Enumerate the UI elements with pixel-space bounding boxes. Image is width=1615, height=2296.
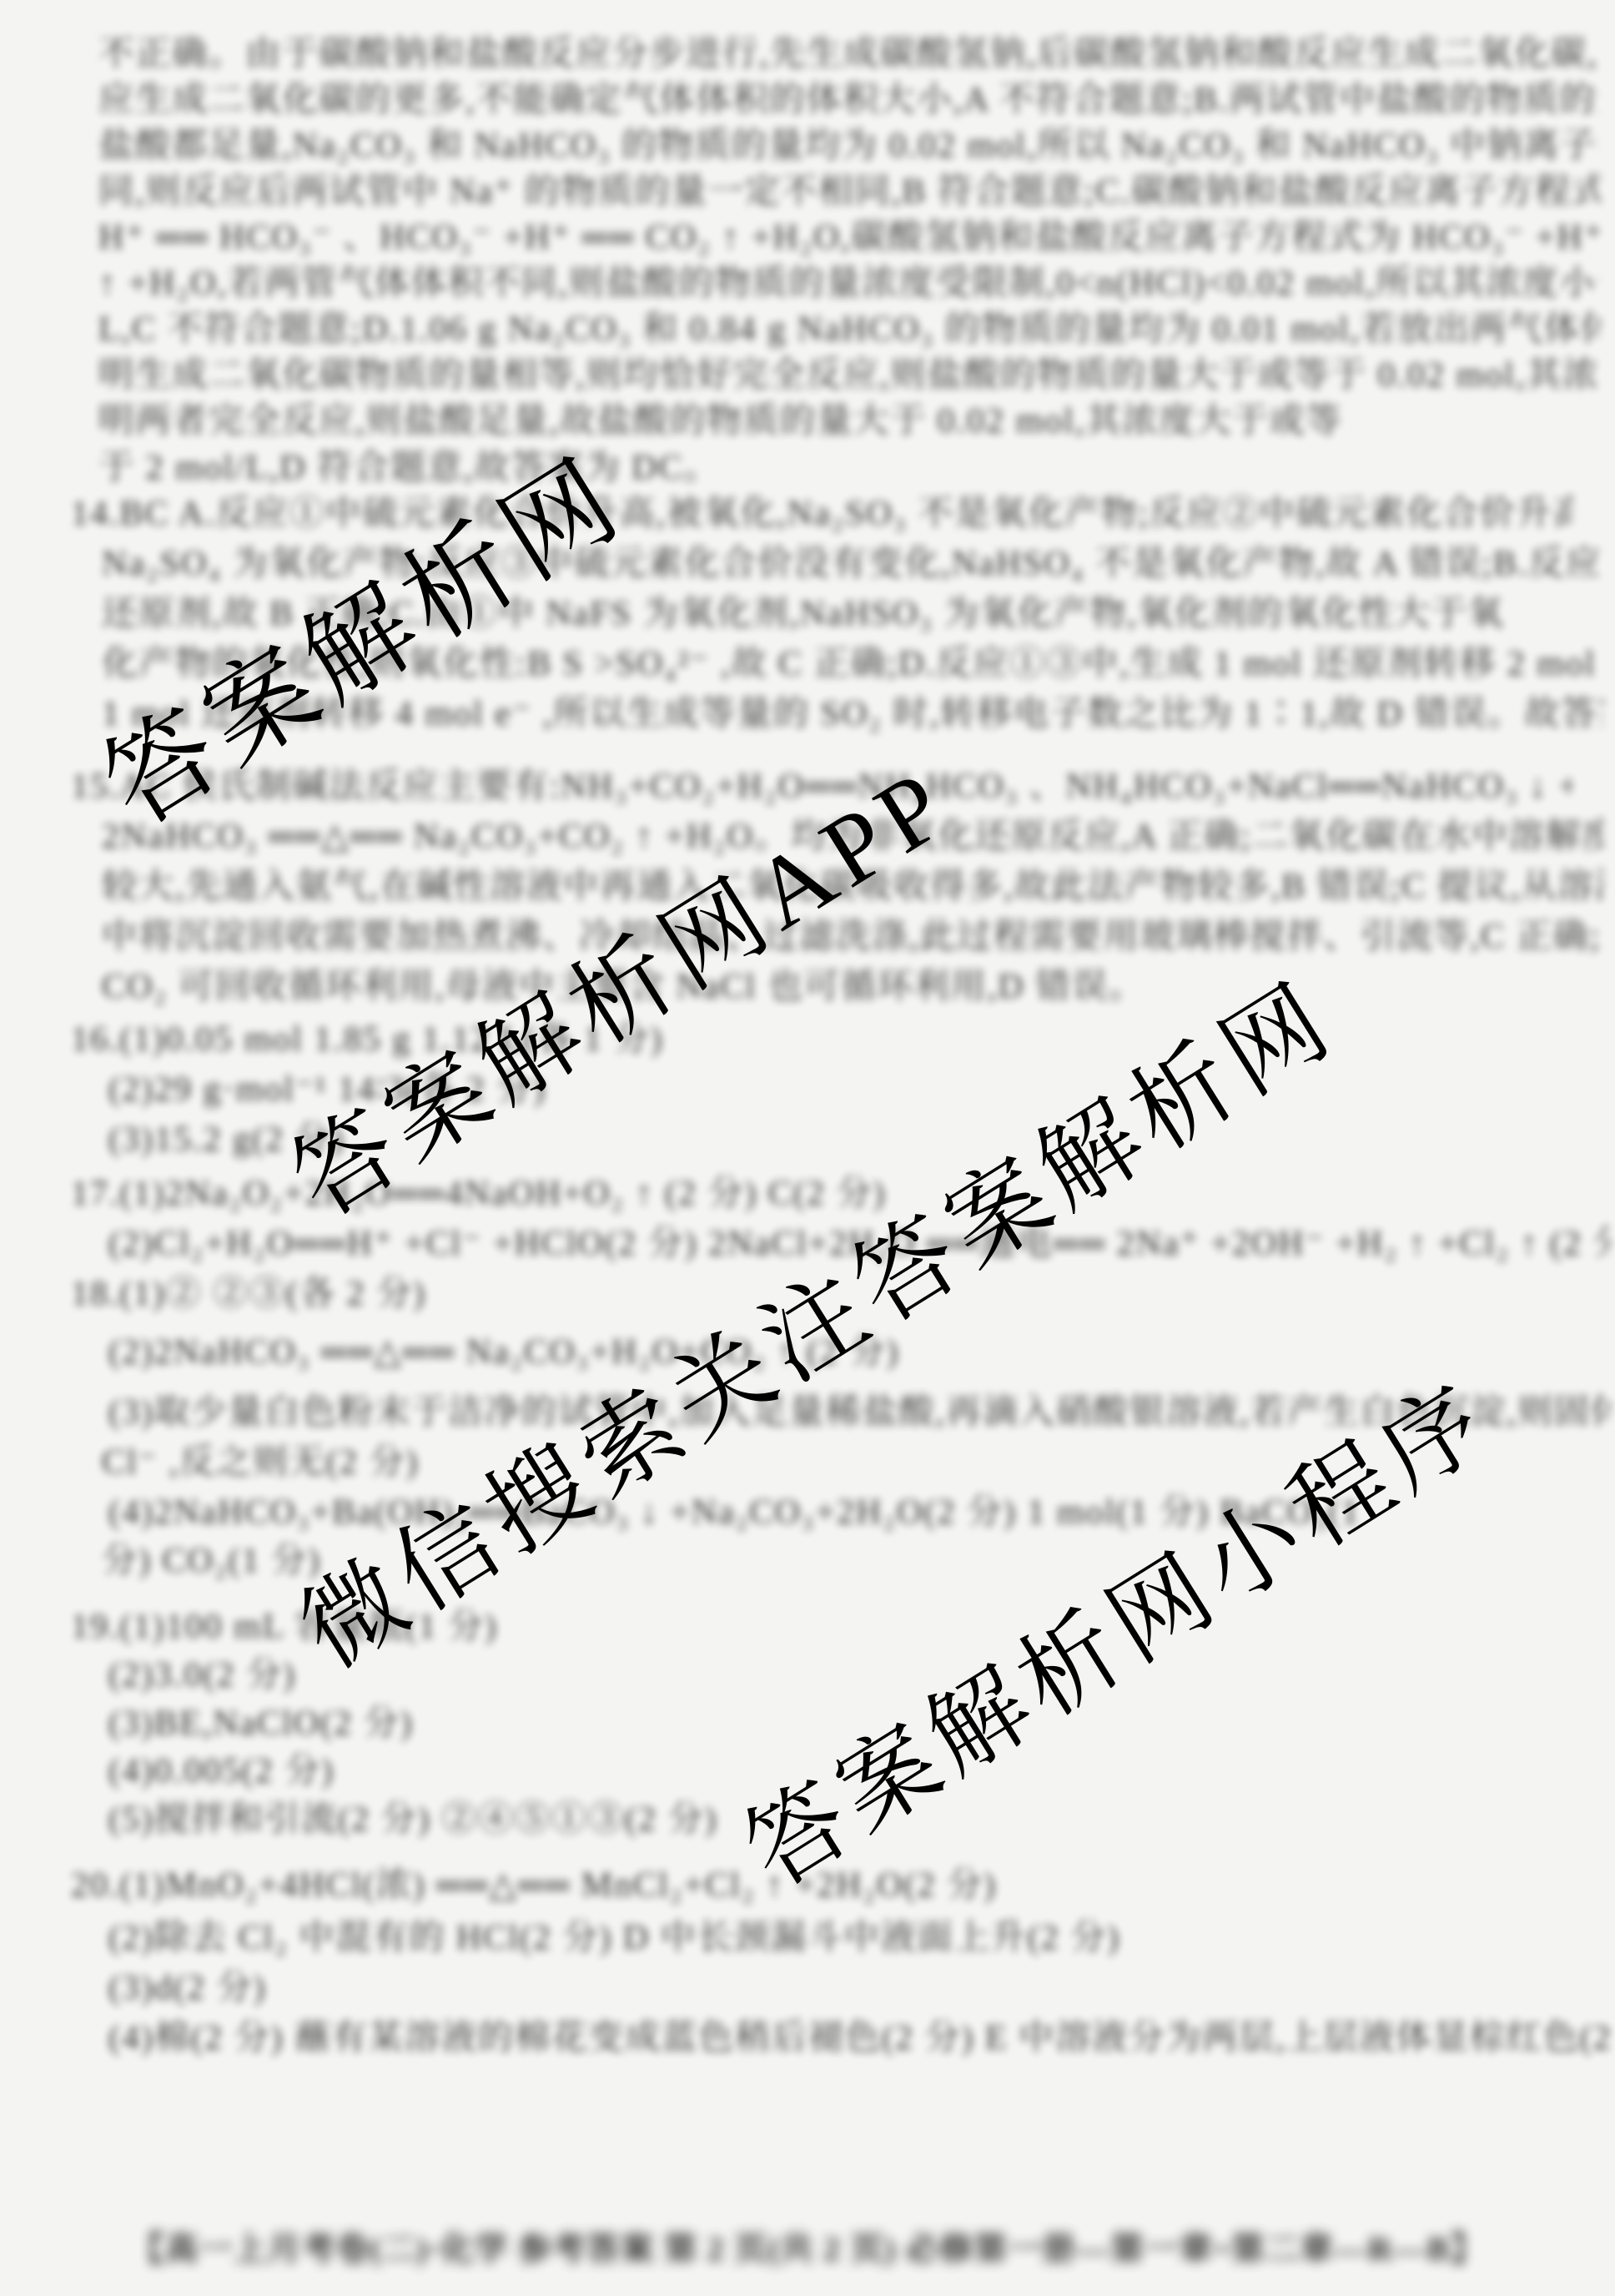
text-line: 1 mol 还原剂转移 4 mol e⁻ ,所以生成等量的 SO₂ 时,转移电子… <box>102 695 1603 733</box>
text-line: 15.AC 侯氏制碱法反应主要有:NH₃+CO₂+H₂O══NH₄HCO₃ 、N… <box>71 768 1572 806</box>
text-line: (3)15.2 g(2 分) <box>108 1120 345 1159</box>
text-line: 17.(1)2Na₂O₂+2H₂O══4NaOH+O₂ ↑ (2 分) C(2 … <box>71 1175 886 1213</box>
text-line: 明两者完全反应,则盐酸足量,故盐酸的物质的量大于 0.02 mol,其浓度大于或… <box>98 402 1342 441</box>
text-line: (2)2NaHCO₃ ══△══ Na₂CO₃+H₂O+CO₂ ↑ (2 分) <box>108 1333 899 1372</box>
text-line: 明生成二氧化碳物质的量相等,则均恰好完全反应,则盐酸的物质的量大于或等于 0.0… <box>98 356 1600 395</box>
text-line: 14.BC A.反应①中硫元素化合价升高,被氧化,Na₂SO₃ 不是氧化产物;反… <box>71 495 1572 533</box>
text-line: 应生成二氧化碳的更多,不能确定气体体积的体积大小,A 不符合题意;B.两试管中盐… <box>98 81 1600 119</box>
text-line: (3)取少量白色粉末于洁净的试管中,加入足量稀盐酸,再滴入硝酸银溶液,若产生白色… <box>108 1393 1610 1432</box>
text-line: (2)29 g·mol⁻¹ 14∶3(各 2 分) <box>108 1070 546 1109</box>
text-line: 16.(1)0.05 mol 1.85 g 1.12 L(各 1 分) <box>71 1020 663 1059</box>
text-line: 还原剂,故 B 正确;C.由①中 NaFS 为氧化剂,NaHSO₃ 为氧化产物,… <box>102 595 1505 633</box>
text-line: (5)搅拌和引流(2 分) ②④⑤①③(2 分) <box>108 1800 717 1839</box>
text-line: Na₂SO₄ 为氧化产物;反应③中硫元素化合价没有变化,NaHSO₄ 不是氧化产… <box>102 545 1603 583</box>
text-line: 20.(1)MnO₂+4HCl(浓) ══△══ MnCl₂+Cl₂ ↑ +2H… <box>71 1866 997 1905</box>
text-line: (4)0.005(2 分) <box>108 1752 335 1790</box>
text-line: (4)棉(2 分) 蘸有某溶液的棉花变成蓝色稍后褪色(2 分) E 中溶液分为两… <box>108 2019 1610 2057</box>
text-line: (2)除去 Cl₂ 中混有的 HCl(2 分) D 中长颈漏斗中液面上升(2 分… <box>108 1919 1120 1957</box>
text-line: (2)3.0(2 分) <box>108 1656 296 1694</box>
text-line: 分) CO₂(1 分) <box>102 1542 321 1580</box>
text-line: (3)BE,NaClO(2 分) <box>108 1704 414 1743</box>
text-line: 化产物的氧化性,则氧化性:B S >SO₄²⁻ ,故 C 正确;D.反应①③中,… <box>102 645 1603 683</box>
text-line: (4)2NaHCO₃+Ba(OH)₂══BaCO₃ ↓ +Na₂CO₃+2H₂O… <box>108 1493 1361 1532</box>
text-line: L,C 不符合题意;D.1.06 g Na₂CO₃ 和 0.84 g NaHCO… <box>98 310 1600 349</box>
text-line: 较大,先通入氨气,在碱性溶液中再通入二氧化碳吸收得多,故此法产物较多,B 错误;… <box>102 868 1603 906</box>
text-line: 同,则反应后两试管中 Na⁺ 的物质的量一定不相同,B 符合题意;C.碳酸钠和盐… <box>98 173 1600 211</box>
text-line: 中将沉淀回收需要加热煮沸、冷却结晶、过滤洗涤,此过程需要用玻璃棒搅拌、引流等,C… <box>102 918 1603 956</box>
text-line: 于 2 mol/L,D 符合题意,故答案为 DC。 <box>98 449 720 487</box>
text-line: 盐酸都足量,Na₂CO₃ 和 NaHCO₃ 的物质的量均为 0.02 mol,所… <box>98 127 1600 165</box>
text-line: Cl⁻ ,反之则无(2 分) <box>102 1443 419 1482</box>
page-footer: 【高一上月考卷(二)·化学 参考答案 第 2 页(共 2 页) 必修第一册—第一… <box>0 2223 1615 2270</box>
text-line: ↑ +H₂O,若两管气体体积不同,则盐酸的物质的量浓度受限制,0<n(HCl)<… <box>98 264 1600 303</box>
text-line: 不正确。由于碳酸钠和盐酸反应分步进行,先生成碳酸氢钠,后碳酸氢钠和酸反应生成二氧… <box>98 35 1600 73</box>
text-line: 18.(1)② ②③(各 2 分) <box>71 1275 426 1313</box>
text-line: CO₂ 可回收循环利用,母液中主要含 NaCl 也可循环利用,D 错误。 <box>102 968 1145 1006</box>
text-line: 2NaHCO₃ ══△══ Na₂CO₃+CO₂ ↑ +H₂O。均为非氧化还原反… <box>102 818 1603 856</box>
text-line: H⁺ ══ HCO₃⁻ 、HCO₃⁻ +H⁺ ══ CO₂ ↑ +H₂O,碳酸氢… <box>98 219 1600 257</box>
text-line: (3)d(2 分) <box>108 1969 266 2007</box>
text-line: (2)Cl₂+H₂O══H⁺ +Cl⁻ +HClO(2 分) 2NaCl+2H₂… <box>108 1225 1610 1263</box>
scanned-answer-page: 不正确。由于碳酸钠和盐酸反应分步进行,先生成碳酸氢钠,后碳酸氢钠和酸反应生成二氧… <box>0 0 1615 2296</box>
text-line: 19.(1)100 mL 容量瓶(1 分) <box>71 1608 498 1646</box>
